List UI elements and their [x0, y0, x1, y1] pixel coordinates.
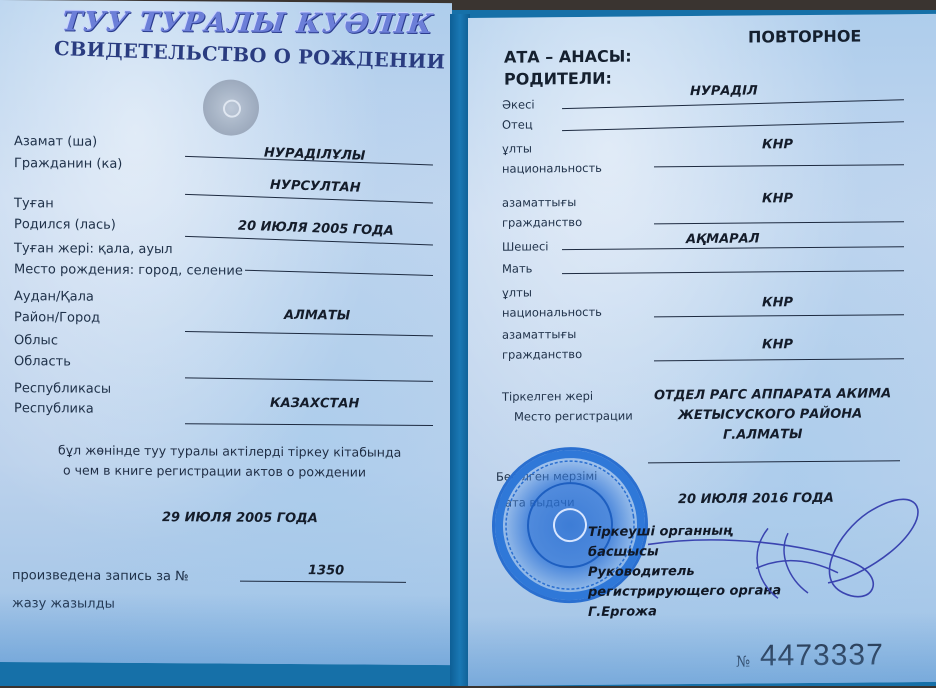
registration-line-1: ОТДЕЛ РАГС АППАРАТА АКИМА [654, 386, 891, 403]
serial-number: 4473337 [760, 638, 884, 673]
father-label-ru: Отец [502, 117, 533, 131]
republic-line [185, 423, 433, 426]
father-nationality-label-ru: национальность [502, 161, 602, 176]
father-label-kz: Әкесі [502, 97, 535, 111]
born-label-kz: Туған [14, 196, 54, 211]
birth-date-value: 20 ИЮЛЯ 2005 ГОДА [238, 219, 394, 239]
district-line [185, 331, 433, 336]
father-citizenship-value: КНР [762, 191, 793, 206]
registration-label-ru: Место регистрации [514, 409, 633, 424]
father-nationality-value: КНР [762, 137, 793, 152]
republic-value: КАЗАХСТАН [270, 396, 359, 412]
record-number-value: 1350 [308, 563, 344, 578]
parents-heading-ru: РОДИТЕЛИ: [504, 69, 612, 89]
father-citizenship-label-ru: гражданство [502, 215, 582, 230]
registration-line-2: ЖЕТЫСУСКОГО РАЙОНА [678, 407, 862, 424]
birthplace-label-ru: Место рождения: город, селение [14, 262, 243, 279]
record-label-kz: жазу жазылды [12, 596, 115, 612]
republic-label-kz: Республикасы [14, 381, 111, 397]
mother-citizenship-value: КНР [762, 337, 793, 352]
father-nationality-label-kz: ұлты [502, 141, 532, 155]
kazakhstan-emblem-icon [203, 79, 259, 135]
district-label-kz: Аудан/Қала [14, 289, 94, 305]
father-citizenship-label-kz: азаматтығы [502, 195, 576, 210]
birthplace-label-kz: Туған жері: қала, ауыл [14, 241, 173, 257]
mother-citizenship-label-ru: гражданство [502, 347, 582, 362]
given-name-value: НУРСУЛТАН [270, 178, 361, 196]
born-label-ru: Родился (лась) [14, 217, 116, 233]
district-label-ru: Район/Город [14, 310, 100, 326]
mother-label-kz: Шешесі [502, 239, 549, 253]
region-line [185, 377, 433, 381]
mother-nationality-label-kz: ұлты [502, 285, 532, 299]
record-number-line [240, 581, 406, 583]
father-nationality-line [654, 164, 904, 167]
registry-text-kz: бұл жөнінде туу туралы актілерді тіркеу … [58, 442, 401, 459]
serial-prefix: № [736, 653, 750, 671]
mother-citizenship-line [654, 358, 904, 361]
mother-label-ru: Мать [502, 261, 532, 275]
mother-citizenship-label-kz: азаматтығы [502, 327, 576, 342]
registration-line-3: Г.АЛМАТЫ [723, 427, 802, 443]
father-line [562, 99, 904, 109]
mother-nationality-value: КНР [762, 295, 793, 310]
mother-nationality-label-ru: национальность [502, 305, 602, 320]
mother-line [562, 246, 904, 250]
citizen-label-ru: Гражданин (ка) [14, 156, 122, 172]
birthplace-line [245, 270, 433, 276]
given-name-line [185, 194, 433, 204]
right-page: ПОВТОРНОЕ АТА – АНАСЫ: РОДИТЕЛИ: Әкесі О… [468, 14, 936, 686]
republic-label-ru: Республика [14, 401, 94, 417]
birth-certificate-photo: ТУУ ТУРАЛЫ КУӘЛІК СВИДЕТЕЛЬСТВО О РОЖДЕН… [0, 0, 936, 688]
mother-line-2 [562, 270, 904, 274]
duplicate-mark: ПОВТОРНОЕ [748, 27, 861, 47]
district-value: АЛМАТЫ [284, 308, 350, 323]
issue-line [648, 460, 900, 463]
signature-icon [638, 482, 928, 615]
region-label-ru: Область [14, 354, 71, 369]
father-line-2 [562, 121, 904, 131]
left-page: ТУУ ТУРАЛЫ КУӘЛІК СВИДЕТЕЛЬСТВО О РОЖДЕН… [0, 0, 452, 665]
mother-nationality-line [654, 314, 904, 317]
father-citizenship-line [654, 221, 904, 224]
parents-heading-kz: АТА – АНАСЫ: [504, 47, 632, 67]
registration-label-kz: Тіркелген жері [502, 389, 593, 404]
citizen-label-kz: Азамат (ша) [14, 134, 97, 150]
registry-date-value: 29 ИЮЛЯ 2005 ГОДА [162, 510, 318, 526]
registry-text-ru: о чем в книге регистрации актов о рожден… [63, 462, 366, 479]
region-label-kz: Облыс [14, 333, 58, 348]
mother-value: АҚМАРАЛ [686, 231, 760, 247]
record-label-ru: произведена запись за № [12, 568, 189, 584]
certificate-spine [450, 14, 470, 686]
title-kazakh: ТУУ ТУРАЛЫ КУӘЛІК [60, 6, 435, 40]
father-value: НУРАДІЛ [690, 83, 758, 99]
title-russian: СВИДЕТЕЛЬСТВО О РОЖДЕНИИ [54, 37, 446, 74]
birth-date-line [185, 236, 433, 246]
